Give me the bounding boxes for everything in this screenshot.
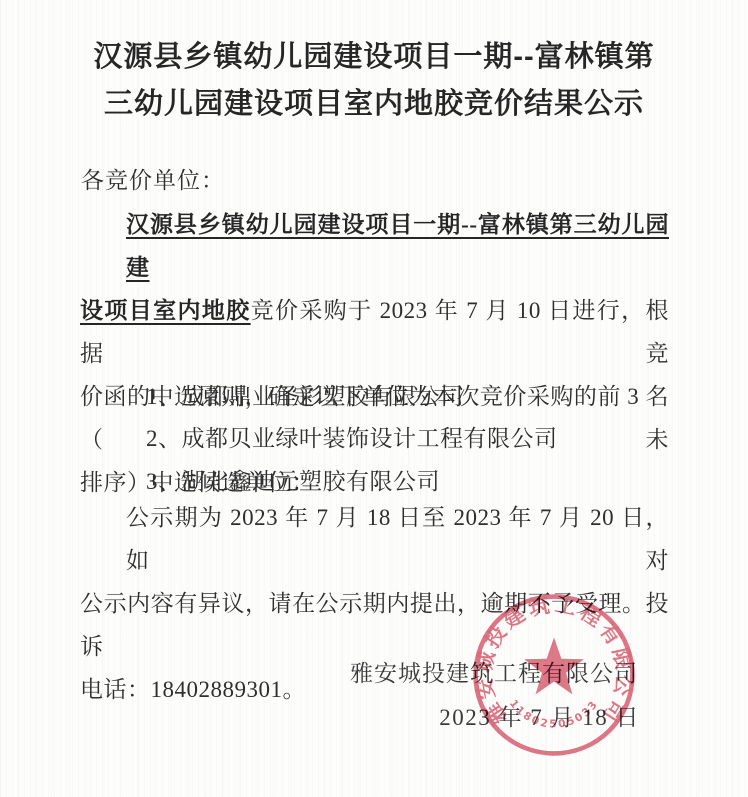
company-seal: 雅安城投建筑工程有限公司 5118025050330: [471, 592, 637, 758]
document-title-line1: 汉源县乡镇幼儿园建设项目一期--富林镇第: [40, 34, 708, 81]
candidate-list: 1、成都鼎业圣彩塑胶有限公司 2、成都贝业绿叶装饰设计工程有限公司 3、湖北鑫迪…: [146, 376, 558, 503]
seal-star-icon: [524, 638, 584, 695]
project-name-part2: 设项目室内地胶: [80, 298, 251, 323]
para1-line2: 设项目室内地胶竞价采购于 2023 年 7 月 10 日进行，根据竞: [80, 289, 669, 375]
para1-line1: 汉源县乡镇幼儿园建设项目一期--富林镇第三幼儿园建: [80, 203, 669, 289]
project-name-part1: 汉源县乡镇幼儿园建设项目一期--富林镇第三幼儿园建: [126, 212, 669, 280]
para2-line1: 公示期为 2023 年 7 月 18 日至 2023 年 7 月 20 日，如对: [80, 496, 669, 582]
salutation: 各竞价单位：: [81, 166, 225, 196]
document-title: 汉源县乡镇幼儿园建设项目一期--富林镇第 三幼儿园建设项目室内地胶竞价结果公示: [40, 34, 708, 128]
candidate-item-1: 1、成都鼎业圣彩塑胶有限公司: [146, 376, 558, 418]
candidate-item-2: 2、成都贝业绿叶装饰设计工程有限公司: [146, 418, 558, 460]
scanned-announcement-page: { "title": { "line1": "汉源县乡镇幼儿园建设项目一期--富…: [0, 0, 748, 797]
document-title-line2: 三幼儿园建设项目室内地胶竞价结果公示: [40, 81, 708, 128]
